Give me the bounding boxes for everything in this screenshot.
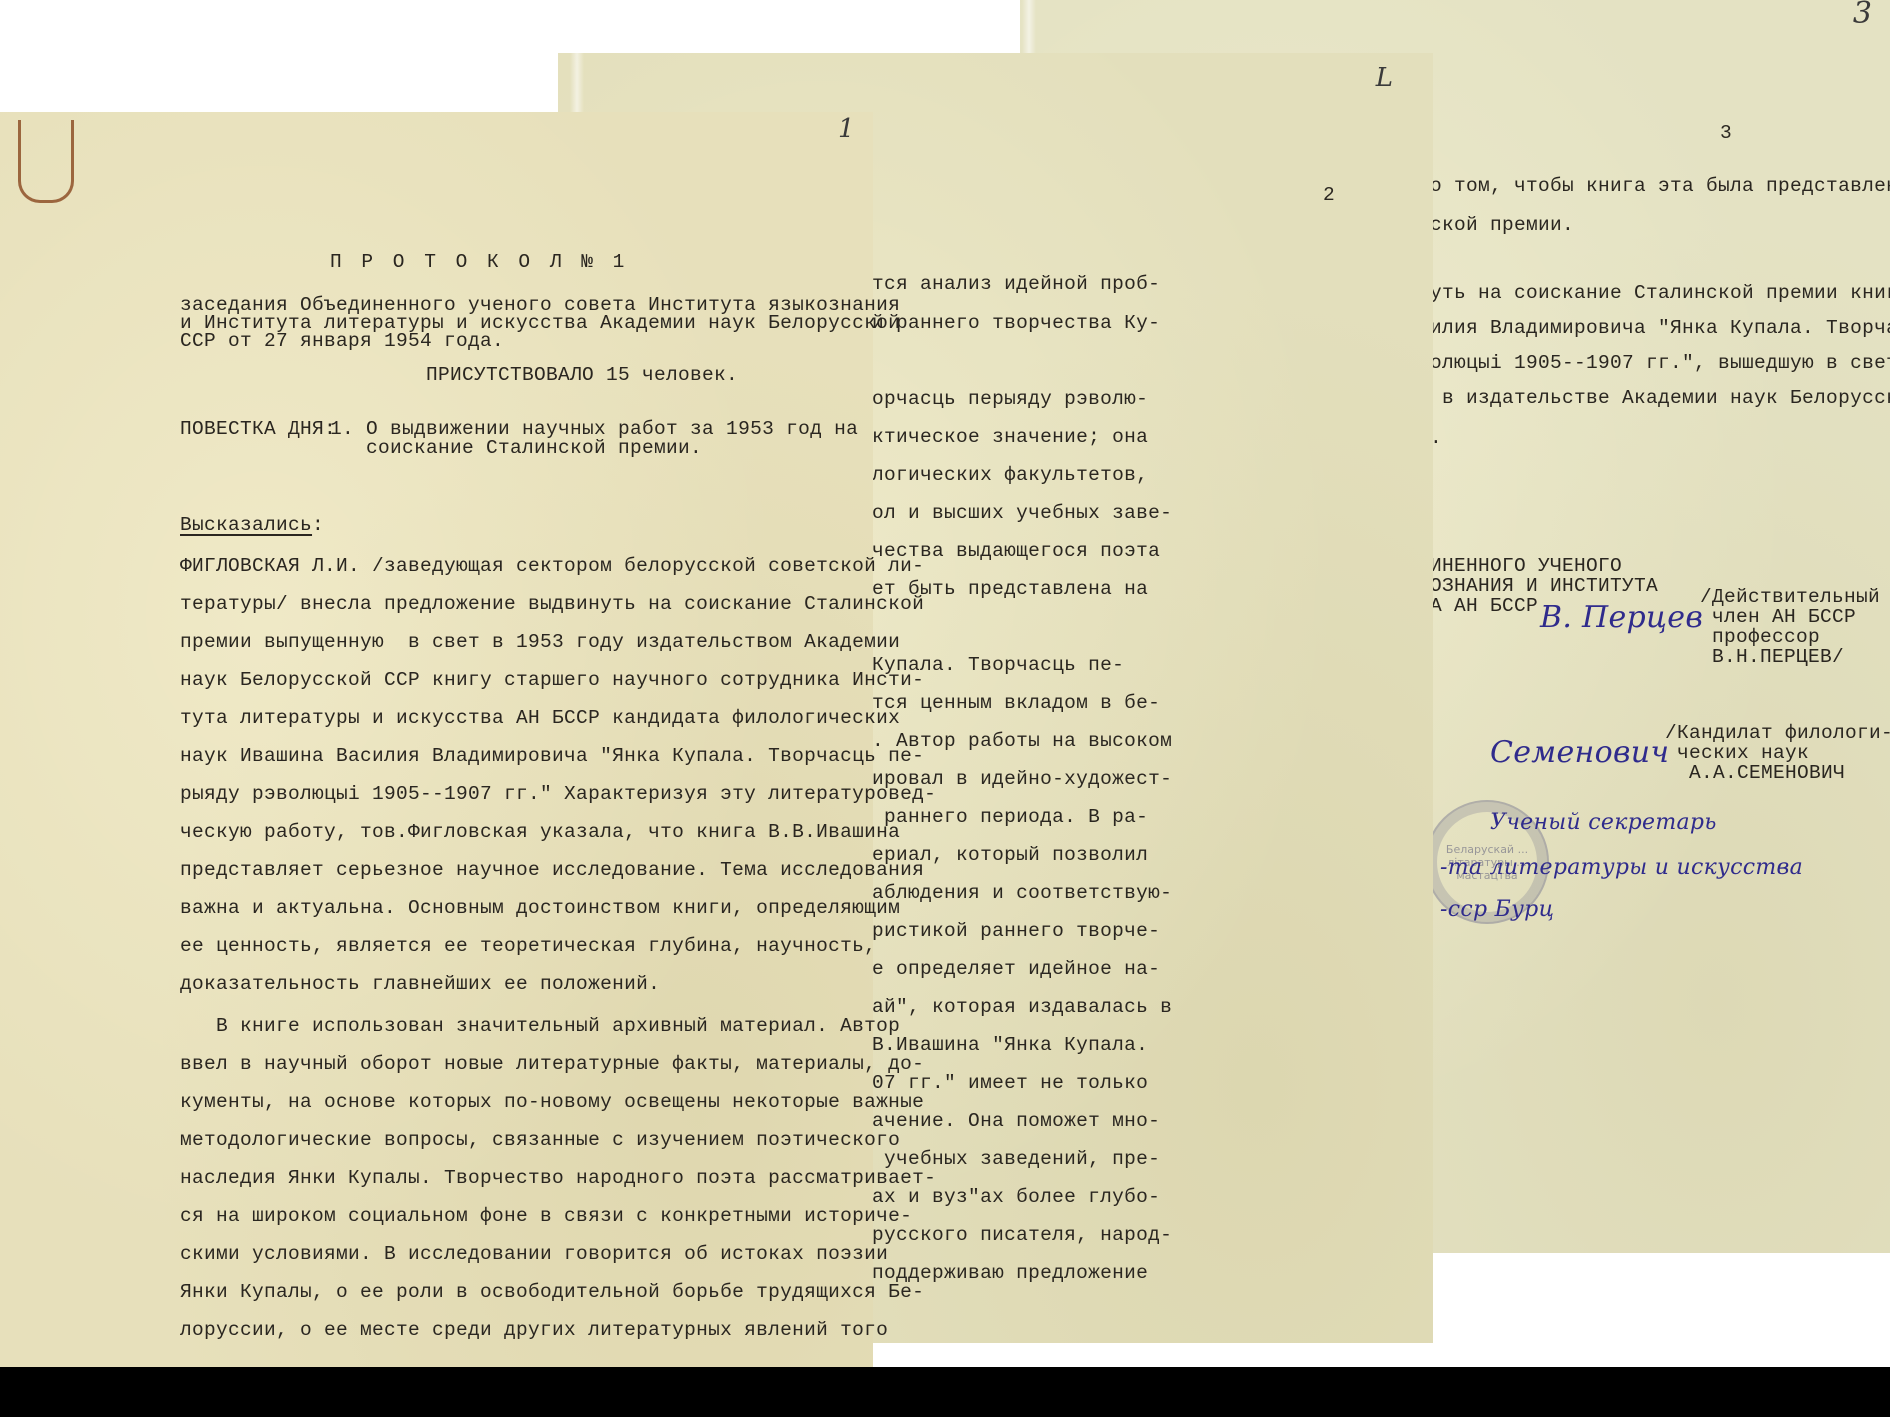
body-line: ФИГЛОВСКАЯ Л.И. /заведующая сектором бел… bbox=[180, 548, 924, 584]
bottom-black-bar bbox=[0, 1367, 1890, 1417]
paper-clip-rust-mark bbox=[18, 120, 74, 203]
body-line: о том, чтобы книга эта была представлена bbox=[1430, 168, 1890, 204]
agenda-label: ПОВЕСТКА ДНЯ: bbox=[180, 418, 336, 440]
page-corner-number: L bbox=[1376, 63, 1393, 93]
body-line: Янки Купалы, о ее роли в освободительной… bbox=[180, 1274, 924, 1310]
body-line: лоруссии, о ее месте среди других литера… bbox=[180, 1312, 888, 1348]
paper-crease bbox=[1022, 0, 1036, 60]
body-line: рыяду рэволюцыі 1905--1907 гг." Характер… bbox=[180, 776, 936, 812]
document-page-1: 1 П Р О Т О К О Л № 1 заседания Объедине… bbox=[0, 112, 873, 1367]
attendance-line: ПРИСУТСТВОВАЛО 15 человек. bbox=[426, 357, 738, 393]
body-line: скими условиями. В исследовании говоритс… bbox=[180, 1236, 888, 1272]
body-line: уть на соискание Сталинской премии книгу bbox=[1430, 275, 1890, 311]
body-line: ческую работу, тов.Фигловская указала, ч… bbox=[180, 814, 900, 850]
body-line: В книге использован значительный архивны… bbox=[180, 1008, 900, 1044]
page-number: 3 bbox=[1720, 115, 1732, 151]
handwritten-signature-pertsev: В. Перцев bbox=[1540, 600, 1703, 636]
handwritten-signature-semenovich: Семенович bbox=[1490, 735, 1669, 771]
body-line: ской премии. bbox=[1430, 207, 1574, 243]
body-line: доказательность главнейших ее положений. bbox=[180, 966, 660, 1002]
body-line: премии выпущенную в свет в 1953 году изд… bbox=[180, 624, 900, 660]
body-line: наследия Янки Купалы. Творчество народно… bbox=[180, 1160, 936, 1196]
body-line: ее ценность, является ее теоретическая г… bbox=[180, 928, 876, 964]
page-number: 2 bbox=[1323, 177, 1335, 213]
body-line: наук Ивашина Василия Владимировича "Янка… bbox=[180, 738, 924, 774]
section-heading-spoke: Высказались: bbox=[180, 507, 324, 543]
body-line: тута литературы и искусства АН БССР канд… bbox=[180, 700, 900, 736]
body-line: кументы, на основе которых по-новому осв… bbox=[180, 1084, 924, 1120]
body-line: илия Владимировича "Янка Купала. Творчас… bbox=[1430, 310, 1890, 346]
page-corner-number: 1 bbox=[838, 114, 855, 144]
body-line: ся на широком социальном фоне в связи с … bbox=[180, 1198, 912, 1234]
body-line: в издательстве Академии наук Белорусской bbox=[1430, 380, 1890, 416]
page-title: П Р О Т О К О Л № 1 bbox=[330, 244, 628, 280]
body-line: представляет серьезное научное исследова… bbox=[180, 852, 924, 888]
body-line: наук Белорусской ССР книгу старшего науч… bbox=[180, 662, 924, 698]
body-line: важна и актуальна. Основным достоинством… bbox=[180, 890, 900, 926]
body-line: ввел в научный оборот новые литературные… bbox=[180, 1046, 924, 1082]
page-corner-number: 3 bbox=[1853, 0, 1872, 31]
body-line: тературы/ внесла предложение выдвинуть н… bbox=[180, 586, 924, 622]
body-line: методологические вопросы, связанные с из… bbox=[180, 1122, 900, 1158]
body-line: олюцыі 1905--1907 гг.", вышедшую в свет bbox=[1430, 345, 1890, 381]
